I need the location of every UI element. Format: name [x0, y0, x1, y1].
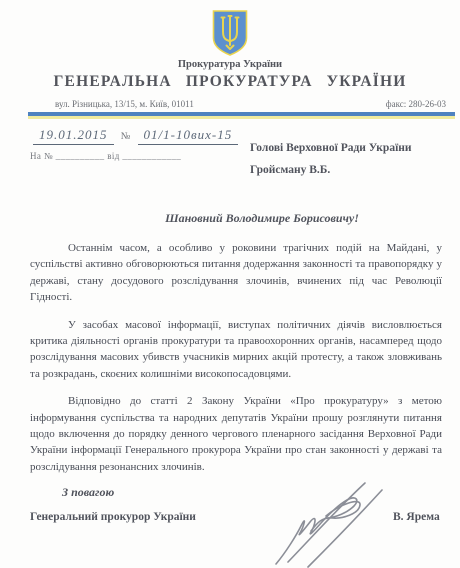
addressee-line1: Голові Верховної Ради України	[250, 137, 450, 159]
date-handwritten: 19.01.2015	[33, 127, 114, 145]
doc-number-handwritten: 01/1-10вих-15	[138, 127, 239, 145]
org-name-large: ГЕНЕРАЛЬНА ПРОКУРАТУРА УКРАЇНИ	[0, 73, 460, 91]
body-paragraph: Останнім часом, а особливо у роковини тр…	[30, 240, 442, 306]
body-paragraph: Відповідно до статті 2 Закону України «П…	[30, 393, 442, 475]
closing-regards: З повагою	[62, 485, 114, 500]
ukraine-trident-crest-icon	[211, 9, 249, 57]
letterhead-contact-row: вул. Різницька, 13/15, м. Київ, 01011 фа…	[0, 99, 460, 109]
signer-name: В. Ярема	[393, 511, 440, 523]
scanned-letter-page: Прокуратура України ГЕНЕРАЛЬНА ПРОКУРАТУ…	[0, 0, 460, 568]
fax-line: факс: 280-26-03	[386, 99, 446, 109]
signer-title: Генеральний прокурор України	[30, 511, 196, 523]
org-name-small: Прокуратура України	[0, 59, 460, 70]
reference-blank-line: На № __________ від ____________	[30, 151, 181, 161]
flag-divider	[28, 112, 455, 119]
signature-scribble-icon	[268, 474, 406, 568]
addressee-block: Голові Верховної Ради України Гройсману …	[250, 137, 450, 181]
addressee-line2: Гройсману В.Б.	[250, 159, 450, 181]
salutation: Шановний Володимире Борисовичу!	[30, 211, 442, 226]
reference-row: 19.01.2015 № 01/1-10вих-15	[33, 127, 238, 145]
address-line: вул. Різницька, 13/15, м. Київ, 01011	[55, 99, 194, 109]
letter-body: Останнім часом, а особливо у роковини тр…	[30, 240, 442, 486]
flag-yellow-stripe	[28, 116, 455, 120]
number-sign: №	[121, 131, 131, 142]
body-paragraph: У засобах масової інформації, виступах п…	[30, 317, 442, 383]
